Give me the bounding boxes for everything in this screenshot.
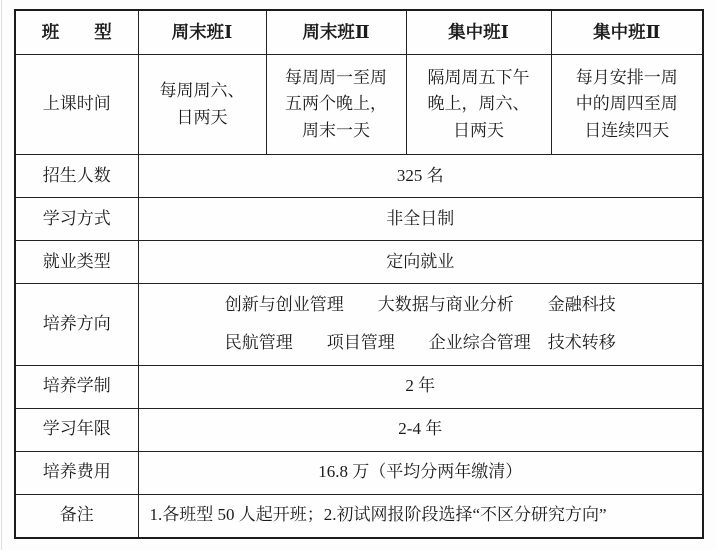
row-label-tuition: 培养费用 <box>15 451 138 494</box>
enrollment-row: 招生人数 325 名 <box>15 155 703 198</box>
row-label-enrollment: 招生人数 <box>15 155 138 198</box>
tuition-value: 16.8 万（平均分两年缴清） <box>138 451 703 494</box>
study-mode-row: 学习方式 非全日制 <box>15 198 703 241</box>
header-cell-class-type: 班 型 <box>15 10 138 55</box>
tuition-row: 培养费用 16.8 万（平均分两年缴清） <box>15 451 703 494</box>
employment-type-value: 定向就业 <box>138 241 703 284</box>
table-header-row: 班 型 周末班Ⅰ 周末班Ⅱ 集中班Ⅰ 集中班Ⅱ <box>15 10 703 55</box>
program-length-value: 2 年 <box>138 365 703 408</box>
schedule-cell-intensive-2: 每月安排一周 中的周四至周 日连续四天 <box>551 55 703 155</box>
row-label-employment-type: 就业类型 <box>15 241 138 284</box>
training-direction-row: 培养方向 创新与创业管理 大数据与商业分析 金融科技 民航管理 项目管理 企业综… <box>15 284 703 366</box>
employment-type-row: 就业类型 定向就业 <box>15 241 703 284</box>
schedule-cell-weekend-2: 每周周一至周 五两个晚上， 周末一天 <box>266 55 406 155</box>
header-cell-weekend-class-1: 周末班Ⅰ <box>138 10 266 55</box>
schedule-row: 上课时间 每周周六、 日两天 每周周一至周 五两个晚上， 周末一天 隔周周五下午… <box>15 55 703 155</box>
page-edge-artifact <box>1 0 2 550</box>
study-mode-value: 非全日制 <box>138 198 703 241</box>
schedule-cell-weekend-1: 每周周六、 日两天 <box>138 55 266 155</box>
row-label-study-mode: 学习方式 <box>15 198 138 241</box>
header-cell-intensive-class-1: 集中班Ⅰ <box>406 10 551 55</box>
training-direction-value: 创新与创业管理 大数据与商业分析 金融科技 民航管理 项目管理 企业综合管理 技… <box>138 284 703 366</box>
row-label-notes: 备注 <box>15 494 138 538</box>
header-cell-intensive-class-2: 集中班Ⅱ <box>551 10 703 55</box>
study-years-row: 学习年限 2-4 年 <box>15 408 703 451</box>
row-label-training-direction: 培养方向 <box>15 284 138 366</box>
row-label-class-time: 上课时间 <box>15 55 138 155</box>
row-label-study-years: 学习年限 <box>15 408 138 451</box>
header-cell-weekend-class-2: 周末班Ⅱ <box>266 10 406 55</box>
notes-value: 1.各班型 50 人起开班；2.初试网报阶段选择“不区分研究方向” <box>138 494 703 538</box>
schedule-cell-intensive-1: 隔周周五下午 晚上，周六、 日两天 <box>406 55 551 155</box>
notes-row: 备注 1.各班型 50 人起开班；2.初试网报阶段选择“不区分研究方向” <box>15 494 703 538</box>
enrollment-value: 325 名 <box>138 155 703 198</box>
document-page: 班 型 周末班Ⅰ 周末班Ⅱ 集中班Ⅰ 集中班Ⅱ 上课时间 每周周六、 日两天 每… <box>0 0 716 550</box>
class-type-table: 班 型 周末班Ⅰ 周末班Ⅱ 集中班Ⅰ 集中班Ⅱ 上课时间 每周周六、 日两天 每… <box>14 9 704 539</box>
row-label-program-length: 培养学制 <box>15 365 138 408</box>
study-years-value: 2-4 年 <box>138 408 703 451</box>
program-length-row: 培养学制 2 年 <box>15 365 703 408</box>
